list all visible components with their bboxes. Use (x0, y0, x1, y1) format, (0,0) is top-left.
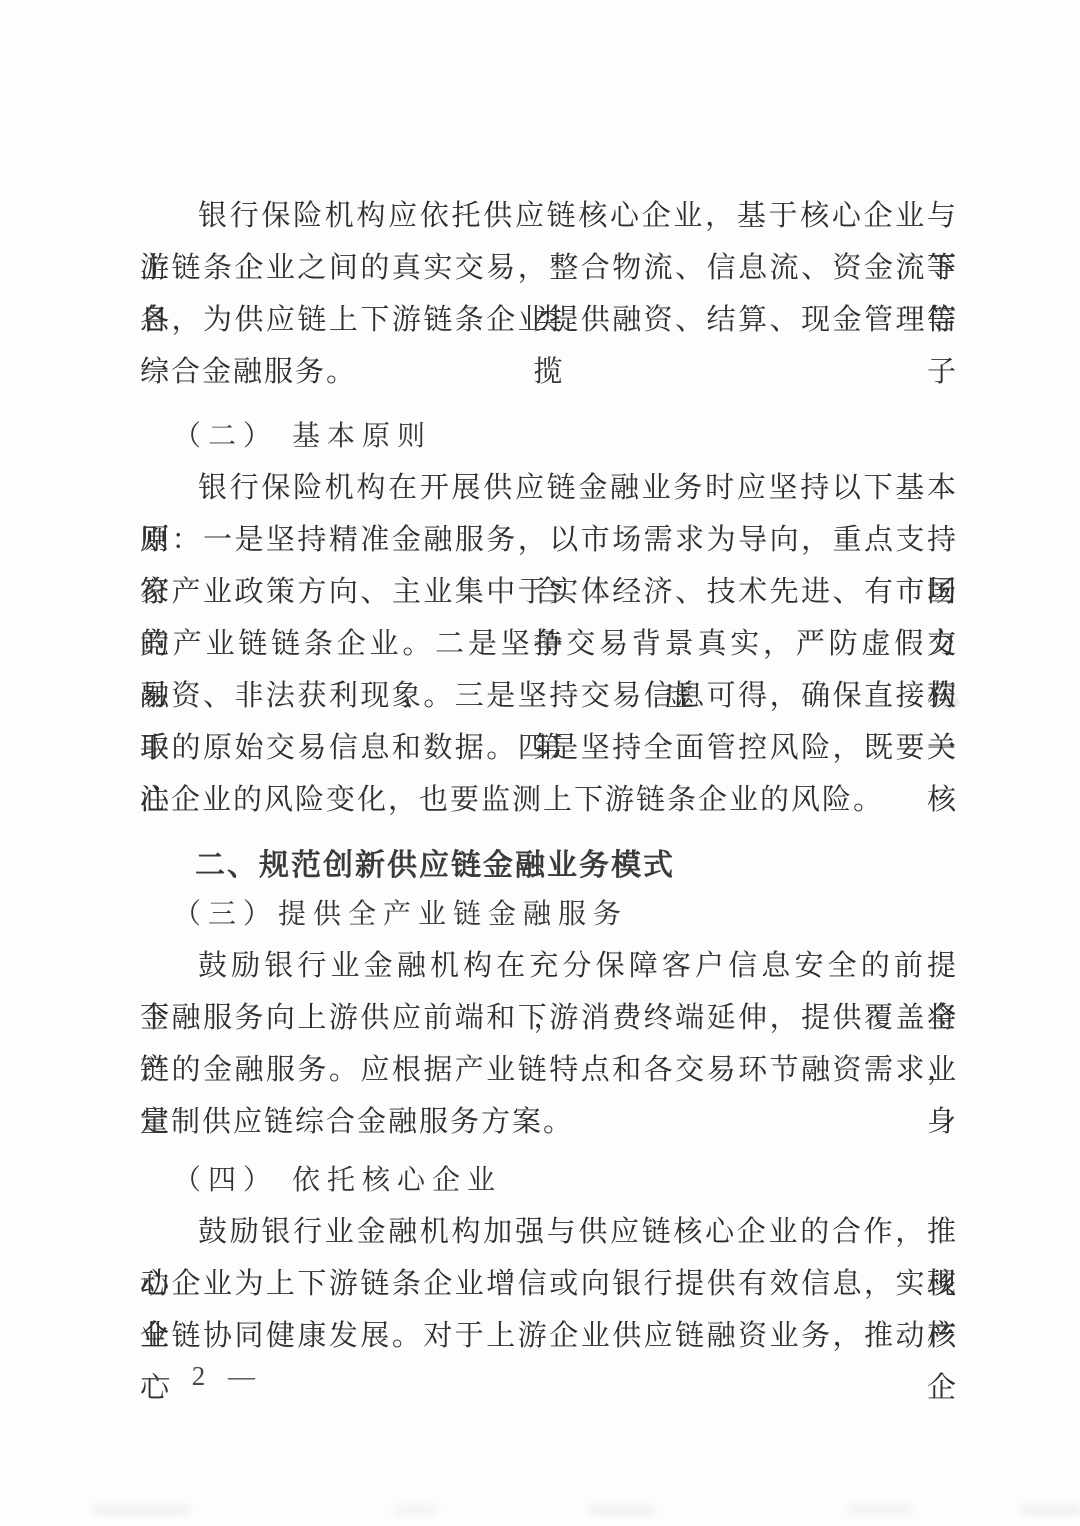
text-line: 家产业政策方向、主业集中于实体经济、技术先进、有市场竞争力 (140, 566, 958, 618)
scan-artifact (0, 1504, 1080, 1516)
text-line: 游链条企业之间的真实交易，整合物流、信息流、资金流等各类信 (140, 242, 958, 294)
text-line: 则：一是坚持精准金融服务，以市场需求为导向，重点支持符合国 (140, 514, 958, 566)
page-number: — 2 — (142, 1356, 263, 1396)
section-heading: 二、规范创新供应链金融业务模式 (140, 842, 958, 890)
text-line: 链的金融服务。应根据产业链特点和各交易环节融资需求，量身 (140, 1044, 958, 1096)
subsection-heading: （二） 基本原则 (140, 412, 958, 462)
text-line: 金融服务向上游供应前端和下游消费终端延伸，提供覆盖全产业 (140, 992, 958, 1044)
scanned-document-page: 银行保险机构应依托供应链核心企业，基于核心企业与上下 游链条企业之间的真实交易，… (0, 0, 1080, 1526)
text-line: 的产业链链条企业。二是坚持交易背景真实，严防虚假交易、虚构 (140, 618, 958, 670)
text-line: 鼓励银行业金融机构在充分保障客户信息安全的前提下，将 (140, 940, 958, 992)
paragraph: 鼓励银行业金融机构在充分保障客户信息安全的前提下，将 金融服务向上游供应前端和下… (140, 940, 958, 1148)
text-line: 息，为供应链上下游链条企业提供融资、结算、现金管理等一揽子 (140, 294, 958, 346)
subsection-heading: （三）提供全产业链金融服务 (140, 890, 958, 940)
text-line: 融资、非法获利现象。三是坚持交易信息可得，确保直接获取第一 (140, 670, 958, 722)
text-line: 银行保险机构在开展供应链金融业务时应坚持以下基本原 (140, 462, 958, 514)
text-line: 手的原始交易信息和数据。四是坚持全面管控风险，既要关注核 (140, 722, 958, 774)
text-line: 鼓励银行业金融机构加强与供应链核心企业的合作，推动核 (140, 1206, 958, 1258)
text-line: 业链协同健康发展。对于上游企业供应链融资业务，推动核心企 (140, 1310, 958, 1362)
paragraph: 银行保险机构在开展供应链金融业务时应坚持以下基本原 则：一是坚持精准金融服务，以… (140, 462, 958, 826)
document-text-block: 银行保险机构应依托供应链核心企业，基于核心企业与上下 游链条企业之间的真实交易，… (140, 190, 958, 1362)
text-line: 银行保险机构应依托供应链核心企业，基于核心企业与上下 (140, 190, 958, 242)
paragraph: 鼓励银行业金融机构加强与供应链核心企业的合作，推动核 心企业为上下游链条企业增信… (140, 1206, 958, 1362)
text-line: 心企业为上下游链条企业增信或向银行提供有效信息，实现全产 (140, 1258, 958, 1310)
subsection-heading: （四） 依托核心企业 (140, 1156, 958, 1206)
text-line: 心企业的风险变化，也要监测上下游链条企业的风险。 (140, 774, 958, 826)
paragraph: 银行保险机构应依托供应链核心企业，基于核心企业与上下 游链条企业之间的真实交易，… (140, 190, 958, 398)
